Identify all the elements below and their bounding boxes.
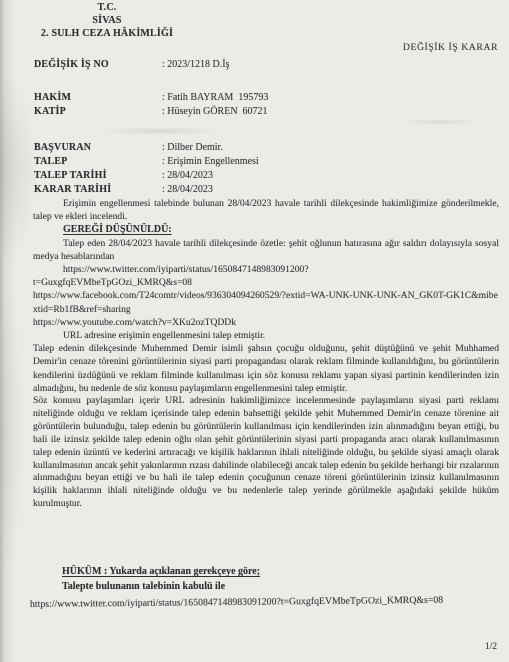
field-label: TALEP TARİHİ: [34, 170, 162, 181]
assessment-paragraph: Söz konusu paylaşımları içerir URL adres…: [33, 395, 499, 511]
ruling-heading: HÜKÜM : Yukarda açıklanan gerekçeye göre…: [62, 565, 260, 580]
field-value: : 28/04/2023: [162, 184, 213, 195]
url-twitter-line1: https://www.twitter.com/iyiparti/status/…: [33, 263, 499, 276]
field-value: : Erişimin Engellenmesi: [162, 156, 259, 167]
field-label: DEĞİŞİK İŞ NO: [34, 59, 162, 70]
ruling-heading-text: HÜKÜM : Yukarda açıklanan gerekçeye göre…: [62, 566, 260, 577]
field-value: : Hüseyin GÖREN 60721: [162, 106, 268, 117]
field-karar-tarihi: KARAR TARİHİ: 28/04/2023: [34, 184, 499, 195]
field-value: : Fatih BAYRAM 195793: [162, 92, 268, 103]
field-value: : 2023/1218 D.İş: [162, 59, 230, 70]
scanned-court-document-page: T.C. SİVAS 2. SULH CEZA HÂKİMLİĞİ DEĞİŞİ…: [0, 0, 509, 662]
url-request-line: URL adresine erişimin engellenmesini tal…: [33, 329, 499, 342]
field-label: KARAR TARİHİ: [34, 184, 162, 195]
petition-paragraph: Talep edenin dilekçesinde Muhemmed Demir…: [33, 342, 499, 395]
court-header: T.C. SİVAS 2. SULH CEZA HÂKİMLİĞİ: [14, 2, 200, 41]
field-katip: KATİP: Hüseyin GÖREN 60721: [34, 106, 499, 117]
document-type-label: DEĞİŞİK İŞ KARAR: [403, 42, 498, 53]
footer-url: https://www.twitter.com/iyiparti/status/…: [30, 595, 443, 610]
url-twitter-line2: t=GuxgfqEVMbeTpGOzi_KMRQ&s=08: [33, 276, 499, 289]
field-label: TALEP: [34, 156, 162, 167]
header-city-line: SİVAS: [14, 15, 200, 28]
header-republic-line: T.C.: [14, 2, 200, 15]
field-basvuran: BAŞVURAN: Dilber Demir.: [34, 142, 499, 153]
ruling-block: HÜKÜM : Yukarda açıklanan gerekçeye göre…: [62, 565, 260, 594]
page-number: 1/2: [485, 642, 497, 652]
url-facebook: https://www.facebook.com/T24comtr/videos…: [33, 289, 499, 315]
geregi-heading: GEREĞİ DÜŞÜNÜLDÜ:: [33, 223, 499, 236]
field-talep-tarihi: TALEP TARİHİ: 28/04/2023: [34, 170, 499, 181]
field-talep: TALEP: Erişimin Engellenmesi: [34, 156, 499, 167]
field-value: : 28/04/2023: [162, 170, 213, 181]
field-degisik-is-no: DEĞİŞİK İŞ NO: 2023/1218 D.İş: [34, 59, 499, 70]
url-youtube: https://www.youtube.com/watch?v=XKu2ozTQ…: [33, 316, 499, 329]
header-court-name: 2. SULH CEZA HÂKİMLİĞİ: [14, 28, 200, 41]
field-label: BAŞVURAN: [34, 142, 162, 153]
geregi-heading-text: GEREĞİ DÜŞÜNÜLDÜ:: [63, 224, 172, 235]
ruling-decision-line: Talepte bulunanın talebinin kabulü ile: [62, 580, 260, 595]
field-label: HAKİM: [34, 92, 162, 103]
field-label: KATİP: [34, 106, 162, 117]
field-hakim: HAKİM: Fatih BAYRAM 195793: [34, 92, 499, 103]
summary-paragraph: Talep eden 28/04/2023 havale tarihli dil…: [33, 237, 499, 263]
field-value: : Dilber Demir.: [162, 142, 223, 153]
document-body: Erişimin engellenmesi talebinde bulunan …: [33, 197, 499, 511]
intro-paragraph: Erişimin engellenmesi talebinde bulunan …: [33, 197, 499, 223]
